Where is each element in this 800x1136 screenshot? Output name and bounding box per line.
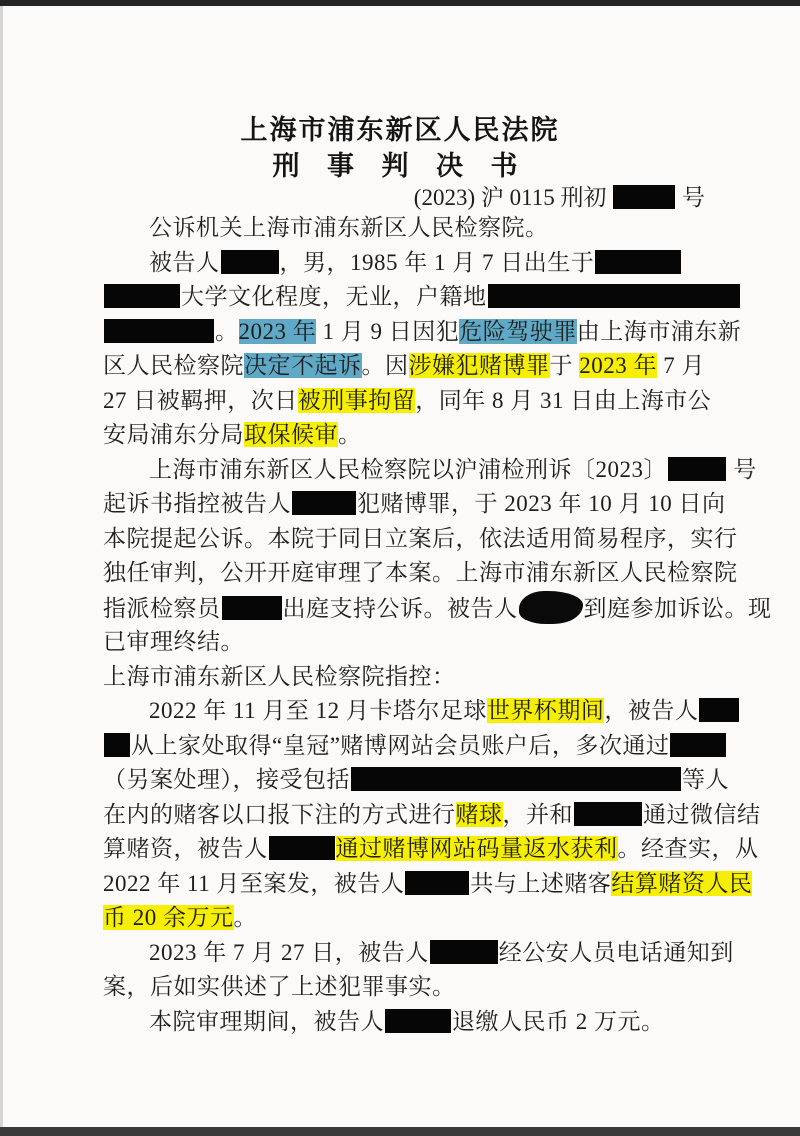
text-run: (2023) 沪 0115 刑初 [414,185,612,210]
text-run: 。 [234,905,258,930]
text-run: 27 日被羁押，次日 [103,388,298,413]
redaction-bar [670,733,726,757]
redaction-blob [519,591,583,624]
text-run: ，并和 [503,802,574,827]
document-line: 上海市浦东新区人民检察院以沪浦检刑诉〔2023〕 号 [103,453,723,488]
text-run: ，男，1985 年 1 月 7 日出生于 [280,250,595,275]
text-run: 指派检察员 [103,596,221,621]
document-line: 大学文化程度，无业，户籍地 [103,280,723,315]
text-run: 本院审理期间，被告人 [149,1009,384,1034]
document-line: 案，后如实供述了上述犯罪事实。 [103,970,723,1005]
case-number-line: (2023) 沪 0115 刑初 号 [414,183,705,213]
text-run: （另案处理），接受包括 [103,767,350,792]
document-line: 币 20 余万元。 [103,901,723,936]
document-body: 公诉机关上海市浦东新区人民检察院。被告人，男，1985 年 1 月 7 日出生于… [103,211,723,1039]
text-run: 号 [727,457,757,482]
redaction-bar [292,491,356,515]
document-line: 上海市浦东新区人民检察院指控： [103,660,723,695]
text-run: 等人 [682,767,729,792]
document-line: 算赌资，被告人通过赌博网站码量返水获利。经查实，从 [103,832,723,867]
document-line: 独任审判，公开开庭审理了本案。上海市浦东新区人民检察院 [103,556,723,591]
text-run: 。因 [362,353,409,378]
document-line: （另案处理），接受包括等人 [103,763,723,798]
document-line: 被告人，男，1985 年 1 月 7 日出生于 [103,246,723,281]
text-run: ，同年 8 月 31 日由上海市公 [415,388,711,413]
document-line: 27 日被羁押，次日被刑事拘留，同年 8 月 31 日由上海市公 [103,384,723,419]
text-run: 。经查实，从 [618,836,759,861]
document-type-title: 刑 事 判 决 书 [0,144,800,183]
redaction-bar [351,767,681,791]
text-run: 已审理终结。 [103,629,244,654]
text-run: 经公安人员电话通知到 [499,940,734,965]
text-run: 。 [338,422,362,447]
text-run: 犯赌博罪，于 2023 年 10 月 10 日向 [357,491,726,516]
document-line: 2022 年 11 月至案发，被告人共与上述赌客结算赌资人民 [103,867,723,902]
text-run: 共与上述赌客 [470,871,611,896]
highlighted-text-yellow: 被刑事拘留 [298,388,416,413]
redaction-bar [385,1009,451,1033]
text-run: 退缴人民币 2 万元。 [452,1009,665,1034]
document-line: 。2023 年 1 月 9 日因犯危险驾驶罪由上海市浦东新 [103,315,723,350]
text-run: 2023 年 7 月 27 日，被告人 [149,940,429,965]
highlighted-text-blue: 危险驾驶罪 [459,319,577,344]
redaction-bar [668,457,726,481]
photo-edge-top [0,0,800,6]
document-line: 2023 年 7 月 27 日，被告人经公安人员电话通知到 [103,936,723,971]
highlighted-text-blue: 2023 年 [239,319,317,344]
document-line: 本院审理期间，被告人退缴人民币 2 万元。 [103,1005,723,1040]
text-run: 被告人 [149,250,220,275]
document-line: 区人民检察院决定不起诉。因涉嫌犯赌博罪于 2023 年 7 月 [103,349,723,384]
text-run: 1 月 9 日因犯 [316,319,459,344]
document-line: 从上家处取得“皇冠”赌博网站会员账户后，多次通过 [103,729,723,764]
text-run: 安局浦东分局 [103,422,244,447]
redaction-bar [488,284,740,308]
text-run: 2022 年 11 月至 12 月卡塔尔足球 [149,698,487,723]
redaction-bar [430,940,498,964]
document-line: 安局浦东分局取保候审。 [103,418,723,453]
text-run: ，被告人 [604,698,698,723]
text-run: 出庭支持公诉。被告人 [283,596,518,621]
document-line: 本院提起公诉。本院于同日立案后，依法适用简易程序，实行 [103,522,723,557]
redaction-bar [613,185,675,209]
text-run: 于 [550,353,580,378]
redaction-bar [595,250,681,274]
document-line: 在内的赌客以口报下注的方式进行赌球，并和通过微信结 [103,798,723,833]
text-run: 上海市浦东新区人民检察院以沪浦检刑诉〔2023〕 [149,457,667,482]
redaction-bar [104,319,214,343]
highlighted-text-yellow: 涉嫌犯赌博罪 [409,353,550,378]
document-line: 公诉机关上海市浦东新区人民检察院。 [103,211,723,246]
text-run: 上海市浦东新区人民检察院指控： [103,664,456,689]
text-run: 大学文化程度，无业，户籍地 [181,284,487,309]
redaction-bar [104,284,180,308]
photo-edge-bottom [0,1127,800,1136]
text-run: 独任审判，公开开庭审理了本案。上海市浦东新区人民检察院 [103,560,738,585]
redaction-bar [221,250,279,274]
highlighted-text-yellow: 结算赌资人民 [611,871,752,896]
document-line: 指派检察员出庭支持公诉。被告人到庭参加诉讼。现 [103,591,723,626]
text-run: 通过微信结 [643,802,761,827]
redaction-bar [574,802,642,826]
document-line: 2022 年 11 月至 12 月卡塔尔足球世界杯期间，被告人 [103,694,723,729]
highlighted-text-yellow: 世界杯期间 [487,698,605,723]
redaction-bar [699,698,739,722]
highlighted-text-yellow: 2023 年 [579,353,657,378]
document-line: 已审理终结。 [103,625,723,660]
text-run: 在内的赌客以口报下注的方式进行 [103,802,456,827]
redaction-bar [222,596,282,620]
text-run: 起诉书指控被告人 [103,491,291,516]
text-run: 公诉机关上海市浦东新区人民检察院。 [149,215,549,240]
text-run: 到庭参加诉讼。现 [584,596,772,621]
highlighted-text-blue: 决定不起诉 [244,353,362,378]
redaction-bar [104,733,130,757]
text-run: 本院提起公诉。本院于同日立案后，依法适用简易程序，实行 [103,526,738,551]
text-run: 算赌资，被告人 [103,836,268,861]
text-run: 案，后如实供述了上述犯罪事实。 [103,974,456,999]
court-title: 上海市浦东新区人民法院 [0,108,800,147]
text-run: 由上海市浦东新 [577,319,742,344]
highlighted-text-yellow: 通过赌博网站码量返水获利 [336,836,618,861]
text-run: 。 [215,319,239,344]
highlighted-text-yellow: 币 20 余万元 [103,905,234,930]
text-run: 号 [676,185,705,210]
judgment-document-page: 上海市浦东新区人民法院 刑 事 判 决 书 (2023) 沪 0115 刑初 号… [0,0,800,1136]
highlighted-text-yellow: 取保候审 [244,422,338,447]
text-run: 从上家处取得“皇冠”赌博网站会员账户后，多次通过 [131,733,669,758]
text-run: 区人民检察院 [103,353,244,378]
redaction-bar [269,836,335,860]
text-run: 7 月 [657,353,705,378]
highlighted-text-yellow: 赌球 [456,802,503,827]
document-line: 起诉书指控被告人犯赌博罪，于 2023 年 10 月 10 日向 [103,487,723,522]
text-run: 2022 年 11 月至案发，被告人 [103,871,404,896]
redaction-bar [405,871,469,895]
